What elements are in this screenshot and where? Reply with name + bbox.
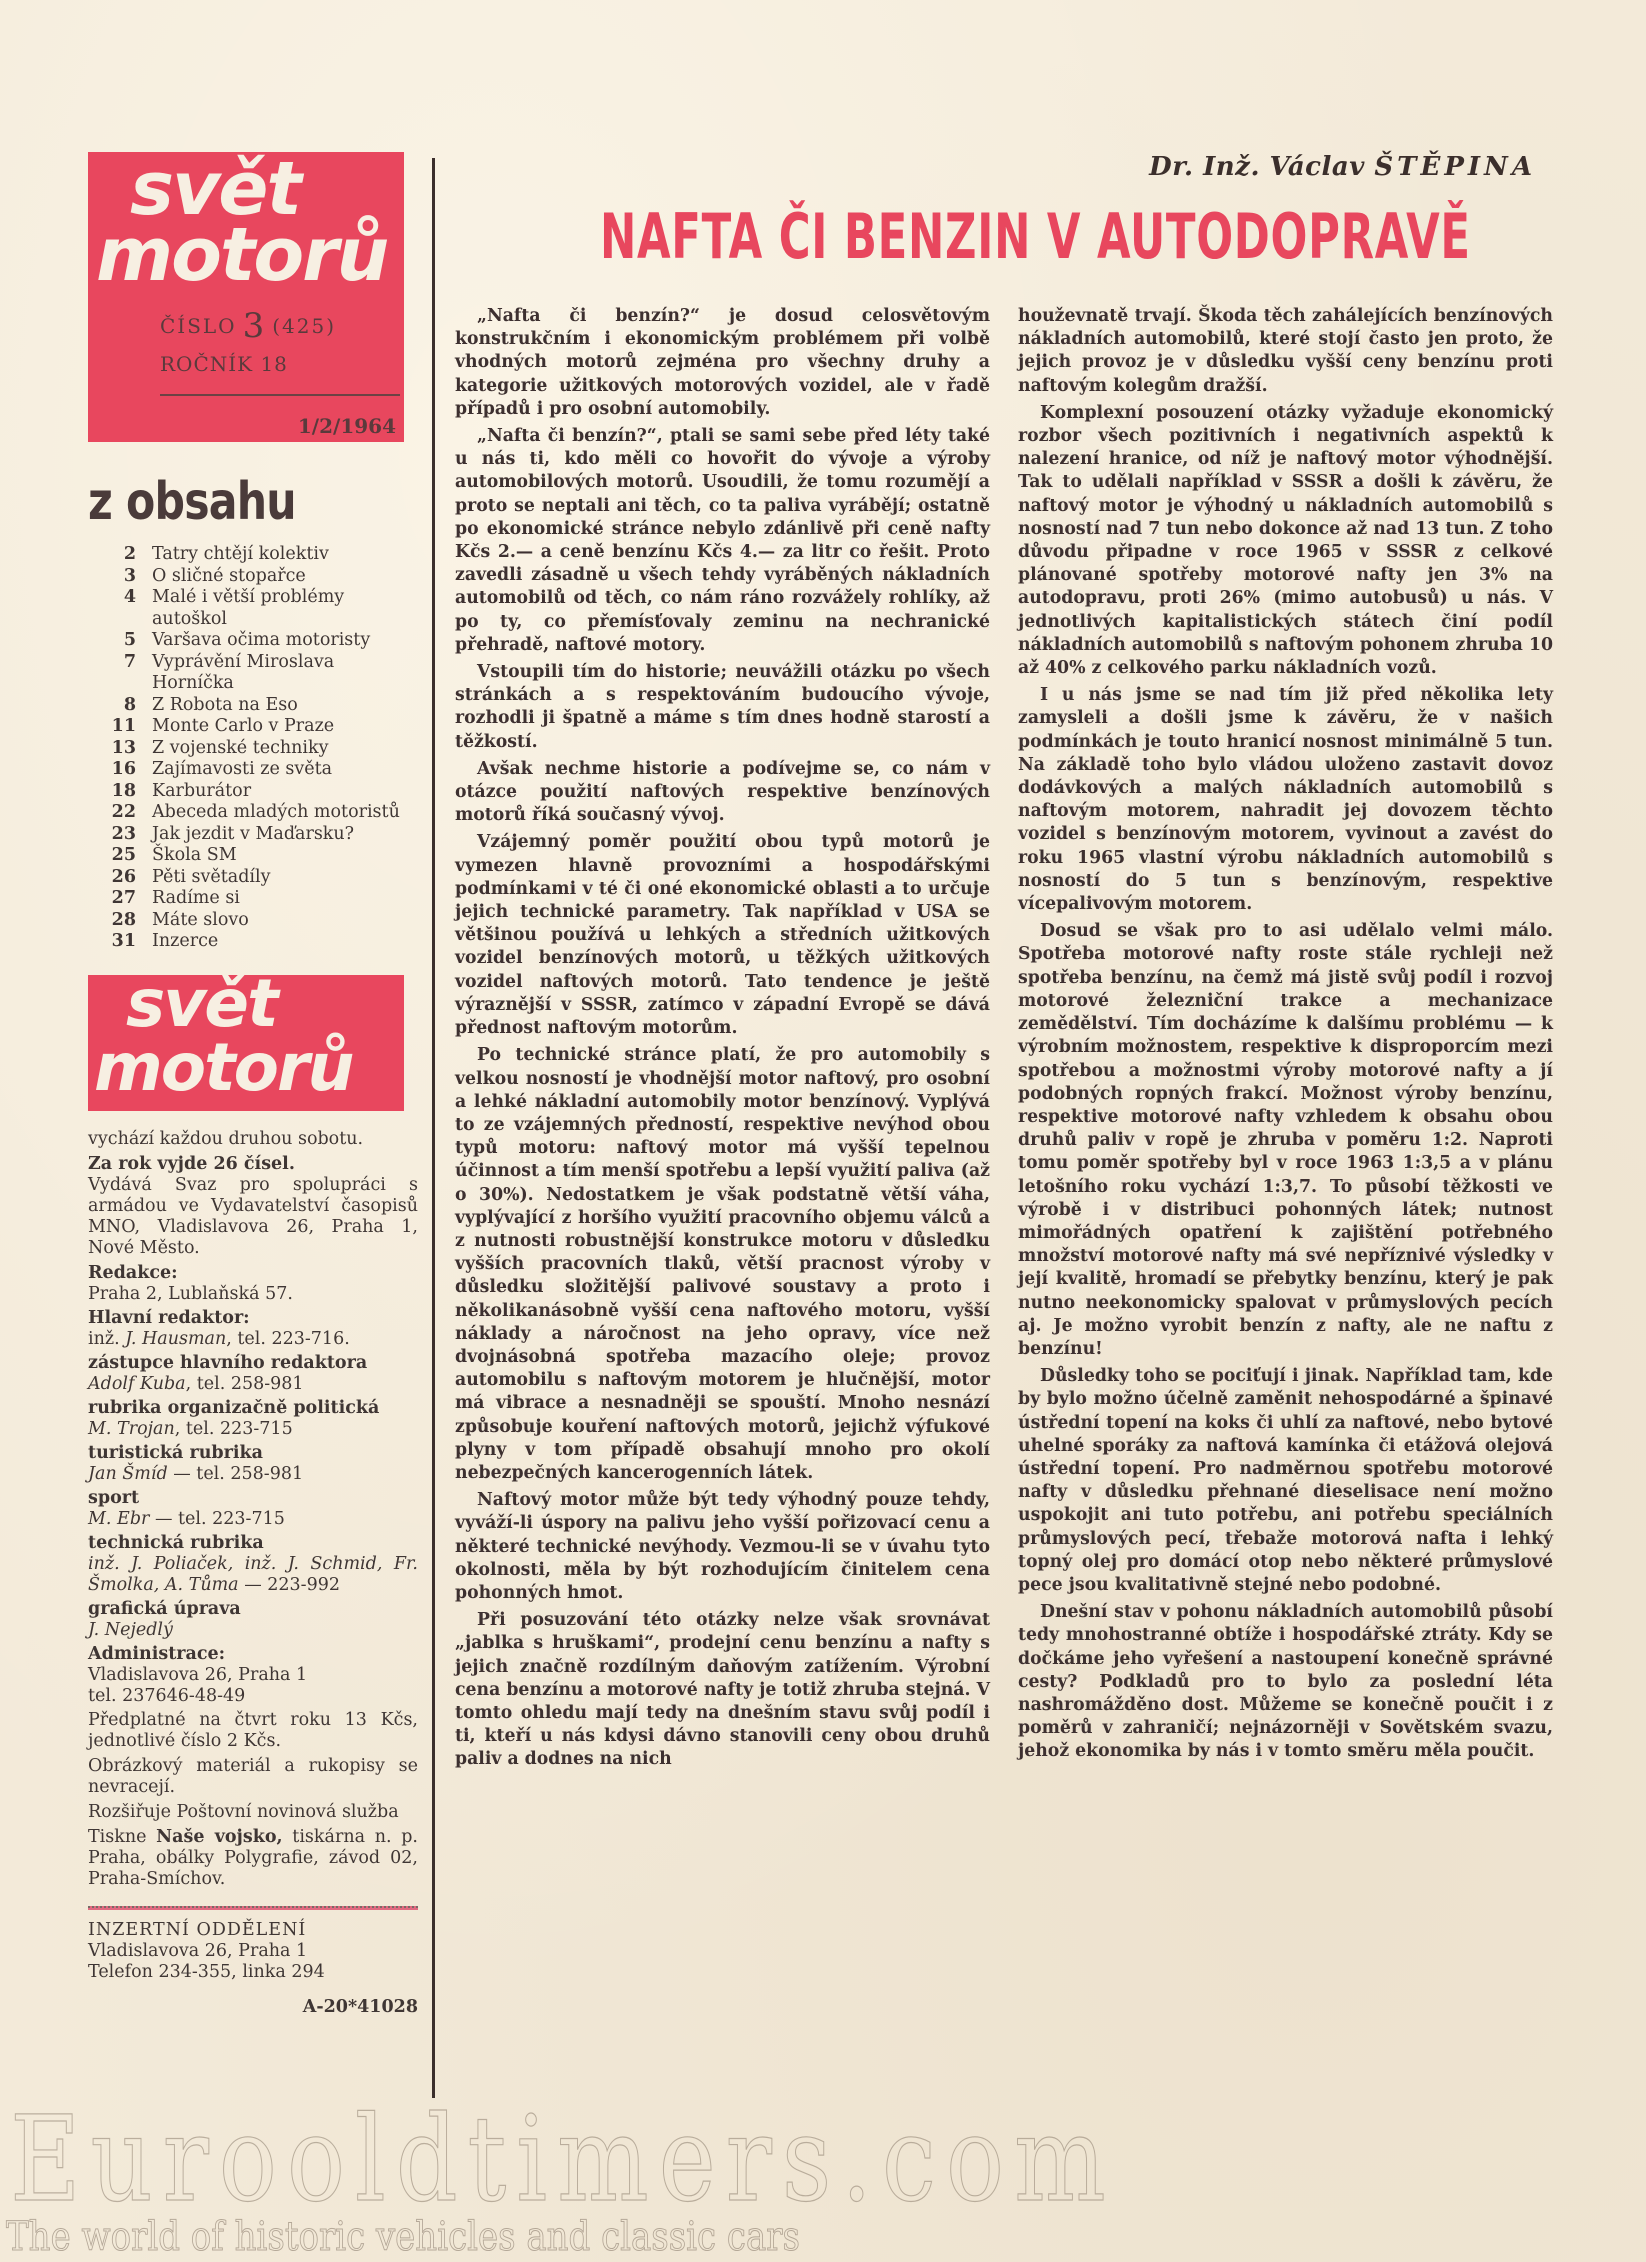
admin-address: Vladislavova 26, Praha 1: [88, 1665, 418, 1686]
toc-page: 26: [88, 867, 152, 889]
deputy-label: zástupce hlavního redaktora: [88, 1353, 418, 1374]
distribution: Rozšiřuje Poštovní novinová služba: [88, 1802, 418, 1823]
org-name: M. Trojan: [88, 1419, 175, 1439]
toc-page: 8: [88, 695, 152, 717]
toc-item-title: Inzerce: [152, 931, 418, 953]
org-tel: , tel. 223-715: [175, 1419, 293, 1439]
toc-page: 18: [88, 781, 152, 803]
paragraph: „Nafta či benzín?“, ptali se sami sebe p…: [455, 425, 990, 657]
org: M. Trojan, tel. 223-715: [88, 1419, 418, 1440]
sidebar: svět motorů ČÍSLO3(425) ROČNÍK 18 1/2/19…: [88, 152, 418, 2022]
toc-item-title: Jak jezdit v Maďarsku?: [152, 824, 418, 846]
toc-item[interactable]: 11Monte Carlo v Praze: [88, 716, 418, 738]
toc-page: 7: [88, 652, 152, 695]
sport-tel: — tel. 223-715: [149, 1509, 284, 1529]
paragraph: Naftový motor může být tedy výhodný pouz…: [455, 1489, 990, 1605]
toc-item-title: Z vojenské techniky: [152, 738, 418, 760]
issue-total: (425): [272, 314, 336, 338]
article-headline: NAFTA ČI BENZIN V AUTODOPRAVĚ: [600, 200, 1258, 273]
masthead-logo-block: svět motorů ČÍSLO3(425) ROČNÍK 18 1/2/19…: [88, 152, 404, 442]
toc-item-title: Tatry chtějí kolektiv: [152, 544, 418, 566]
ads-phone: Telefon 234-355, linka 294: [88, 1962, 418, 1983]
toc-item-title: Varšava očima motoristy: [152, 630, 418, 652]
toc-item[interactable]: 16Zajímavosti ze světa: [88, 759, 418, 781]
print-prefix: Tiskne: [88, 1827, 156, 1847]
toc-item-title: Škola SM: [152, 845, 418, 867]
issue-num: 3: [243, 306, 267, 346]
toc-item-title: O sličné stopařce: [152, 566, 418, 588]
toc-page: 5: [88, 630, 152, 652]
imprint-logo-block: svět motorů: [88, 975, 404, 1111]
editorial-address: Praha 2, Lublaňská 57.: [88, 1284, 418, 1305]
toc-page: 23: [88, 824, 152, 846]
paragraph: Dnešní stav v pohonu nákladních automobi…: [1018, 1601, 1553, 1763]
toc-page: 28: [88, 910, 152, 932]
manuscripts: Obrázkový materiál a rukopisy se nevrace…: [88, 1756, 418, 1798]
deputy-tel: , tel. 258-981: [186, 1374, 304, 1394]
paragraph: Vzájemný poměr použití obou typů motorů …: [455, 831, 990, 1040]
issue-label: ČÍSLO: [160, 314, 237, 338]
watermark-tagline: The world of historic vehicles and class…: [6, 2214, 800, 2260]
paragraph: Komplexní posouzení otázky vyžaduje ekon…: [1018, 402, 1553, 680]
admin-tel: tel. 237646-48-49: [88, 1686, 418, 1707]
chief-name: J. Hausman: [125, 1329, 226, 1349]
toc-page: 11: [88, 716, 152, 738]
paragraph: I u nás jsme se nad tím již před několik…: [1018, 684, 1553, 916]
article-column-right: houževnatě trvají. Škoda těch zahálející…: [1018, 305, 1553, 1768]
graphics-label: grafická úprava: [88, 1599, 418, 1620]
toc-item-title: Monte Carlo v Praze: [152, 716, 418, 738]
toc-item[interactable]: 22Abeceda mladých motoristů: [88, 802, 418, 824]
toc-item-title: Abeceda mladých motoristů: [152, 802, 418, 824]
toc-page: 27: [88, 888, 152, 910]
toc-page: 16: [88, 759, 152, 781]
chief-prefix: inž.: [88, 1329, 125, 1349]
sport: M. Ebr — tel. 223-715: [88, 1509, 418, 1530]
admin-label: Administrace:: [88, 1644, 418, 1665]
toc-item-title: Malé i větší problémy autoškol: [152, 587, 418, 630]
print-name: Naše vojsko,: [156, 1827, 282, 1847]
frequency: vychází každou druhou sobotu.: [88, 1129, 418, 1150]
graphics: J. Nejedlý: [88, 1620, 418, 1641]
sport-label: sport: [88, 1488, 418, 1509]
paragraph: Po technické stránce platí, že pro autom…: [455, 1044, 990, 1485]
ads-label: INZERTNÍ ODDĚLENÍ: [88, 1920, 418, 1941]
toc-item-title: Vyprávění Miroslava Horníčka: [152, 652, 418, 695]
paragraph: Důsledky toho se pociťují i jinak. Napří…: [1018, 1365, 1553, 1597]
toc-item[interactable]: 3O sličné stopařce: [88, 566, 418, 588]
issues-per-year: Za rok vyjde 26 čísel.: [88, 1154, 418, 1175]
toc-page: 3: [88, 566, 152, 588]
toc-title: z obsahu: [88, 476, 359, 528]
author-byline: Dr. Inž. Václav ŠTĚPINA: [1149, 152, 1536, 182]
issue-number: ČÍSLO3(425): [160, 302, 336, 342]
author-prefix: Dr. Inž. Václav: [1149, 152, 1374, 182]
toc-item[interactable]: 23Jak jezdit v Maďarsku?: [88, 824, 418, 846]
toc-item[interactable]: 7Vyprávění Miroslava Horníčka: [88, 652, 418, 695]
column-divider: [432, 158, 435, 2098]
table-of-contents: 2Tatry chtějí kolektiv 3O sličné stopařc…: [88, 544, 418, 953]
watermark-logo: Eurooldtimers.com: [10, 2090, 1116, 2228]
toc-page: 13: [88, 738, 152, 760]
toc-page: 31: [88, 931, 152, 953]
tourism-tel: — tel. 258-981: [168, 1464, 303, 1484]
toc-item[interactable]: 4Malé i větší problémy autoškol: [88, 587, 418, 630]
logo-line2: motorů: [94, 1035, 353, 1101]
toc-item-title: Máte slovo: [152, 910, 418, 932]
editorial-label: Redakce:: [88, 1263, 418, 1284]
paragraph: Avšak nechme historie a podívejme se, co…: [455, 758, 990, 828]
tech: inž. J. Poliaček, inž. J. Schmid, Fr. Šm…: [88, 1554, 418, 1596]
masthead-rule: [160, 394, 400, 396]
tourism: Jan Šmíd — tel. 258-981: [88, 1464, 418, 1485]
tech-label: technická rubrika: [88, 1533, 418, 1554]
article-column-middle: „Nafta či benzín?“ je dosud celosvětovým…: [455, 305, 990, 1776]
paragraph: Při posuzování této otázky nelze však sr…: [455, 1609, 990, 1771]
author-surname: ŠTĚPINA: [1374, 152, 1536, 182]
divider: [88, 1906, 418, 1910]
publisher: Vydává Svaz pro spolupráci s armádou ve …: [88, 1175, 418, 1259]
toc-item[interactable]: 26Pěti světadíly: [88, 867, 418, 889]
chief-editor-label: Hlavní redaktor:: [88, 1308, 418, 1329]
logo-line2: motorů: [96, 218, 387, 292]
toc-item[interactable]: 5Varšava očima motoristy: [88, 630, 418, 652]
toc-item[interactable]: 27Radíme si: [88, 888, 418, 910]
printer: Tiskne Naše vojsko, tiskárna n. p. Praha…: [88, 1827, 418, 1890]
chief-tel: , tel. 223-716.: [226, 1329, 350, 1349]
toc-page: 2: [88, 544, 152, 566]
chief-editor: inž. J. Hausman, tel. 223-716.: [88, 1329, 418, 1350]
toc-page: 4: [88, 587, 152, 630]
deputy-name: Adolf Kuba: [88, 1374, 186, 1394]
issue-date: 1/2/1964: [298, 414, 396, 438]
logo-line1: svět: [126, 975, 277, 1037]
subscription: Předplatné na čtvrt roku 13 Kčs, jednotl…: [88, 1710, 418, 1752]
imprint: vychází každou druhou sobotu. Za rok vyj…: [88, 1129, 418, 2018]
toc-item[interactable]: 13Z vojenské techniky: [88, 738, 418, 760]
toc-page: 22: [88, 802, 152, 824]
toc-item-title: Z Robota na Eso: [152, 695, 418, 717]
org-label: rubrika organizačně politická: [88, 1398, 418, 1419]
toc-item[interactable]: 18Karburátor: [88, 781, 418, 803]
toc-item[interactable]: 25Škola SM: [88, 845, 418, 867]
toc-item-title: Karburátor: [152, 781, 418, 803]
toc-page: 25: [88, 845, 152, 867]
toc-item-title: Zajímavosti ze světa: [152, 759, 418, 781]
paragraph: „Nafta či benzín?“ je dosud celosvětovým…: [455, 305, 990, 421]
ads-address: Vladislavova 26, Praha 1: [88, 1941, 418, 1962]
sport-name: M. Ebr: [88, 1509, 149, 1529]
paragraph: houževnatě trvají. Škoda těch zahálející…: [1018, 305, 1553, 398]
tourism-label: turistická rubrika: [88, 1443, 418, 1464]
toc-item-title: Radíme si: [152, 888, 418, 910]
volume: ROČNÍK 18: [160, 352, 288, 376]
print-code: A-20*41028: [88, 1997, 418, 2018]
paragraph: Vstoupili tím do historie; neuvážili otá…: [455, 661, 990, 754]
tech-tel: — 223-992: [239, 1575, 340, 1595]
paragraph: Dosud se však pro to asi udělalo velmi m…: [1018, 920, 1553, 1361]
deputy: Adolf Kuba, tel. 258-981: [88, 1374, 418, 1395]
tourism-name: Jan Šmíd: [88, 1464, 168, 1484]
toc-item-title: Pěti světadíly: [152, 867, 418, 889]
toc-item[interactable]: 31Inzerce: [88, 931, 418, 953]
toc-item[interactable]: 28Máte slovo: [88, 910, 418, 932]
toc-item[interactable]: 8Z Robota na Eso: [88, 695, 418, 717]
graphics-name: J. Nejedlý: [88, 1620, 173, 1640]
toc-item[interactable]: 2Tatry chtějí kolektiv: [88, 544, 418, 566]
